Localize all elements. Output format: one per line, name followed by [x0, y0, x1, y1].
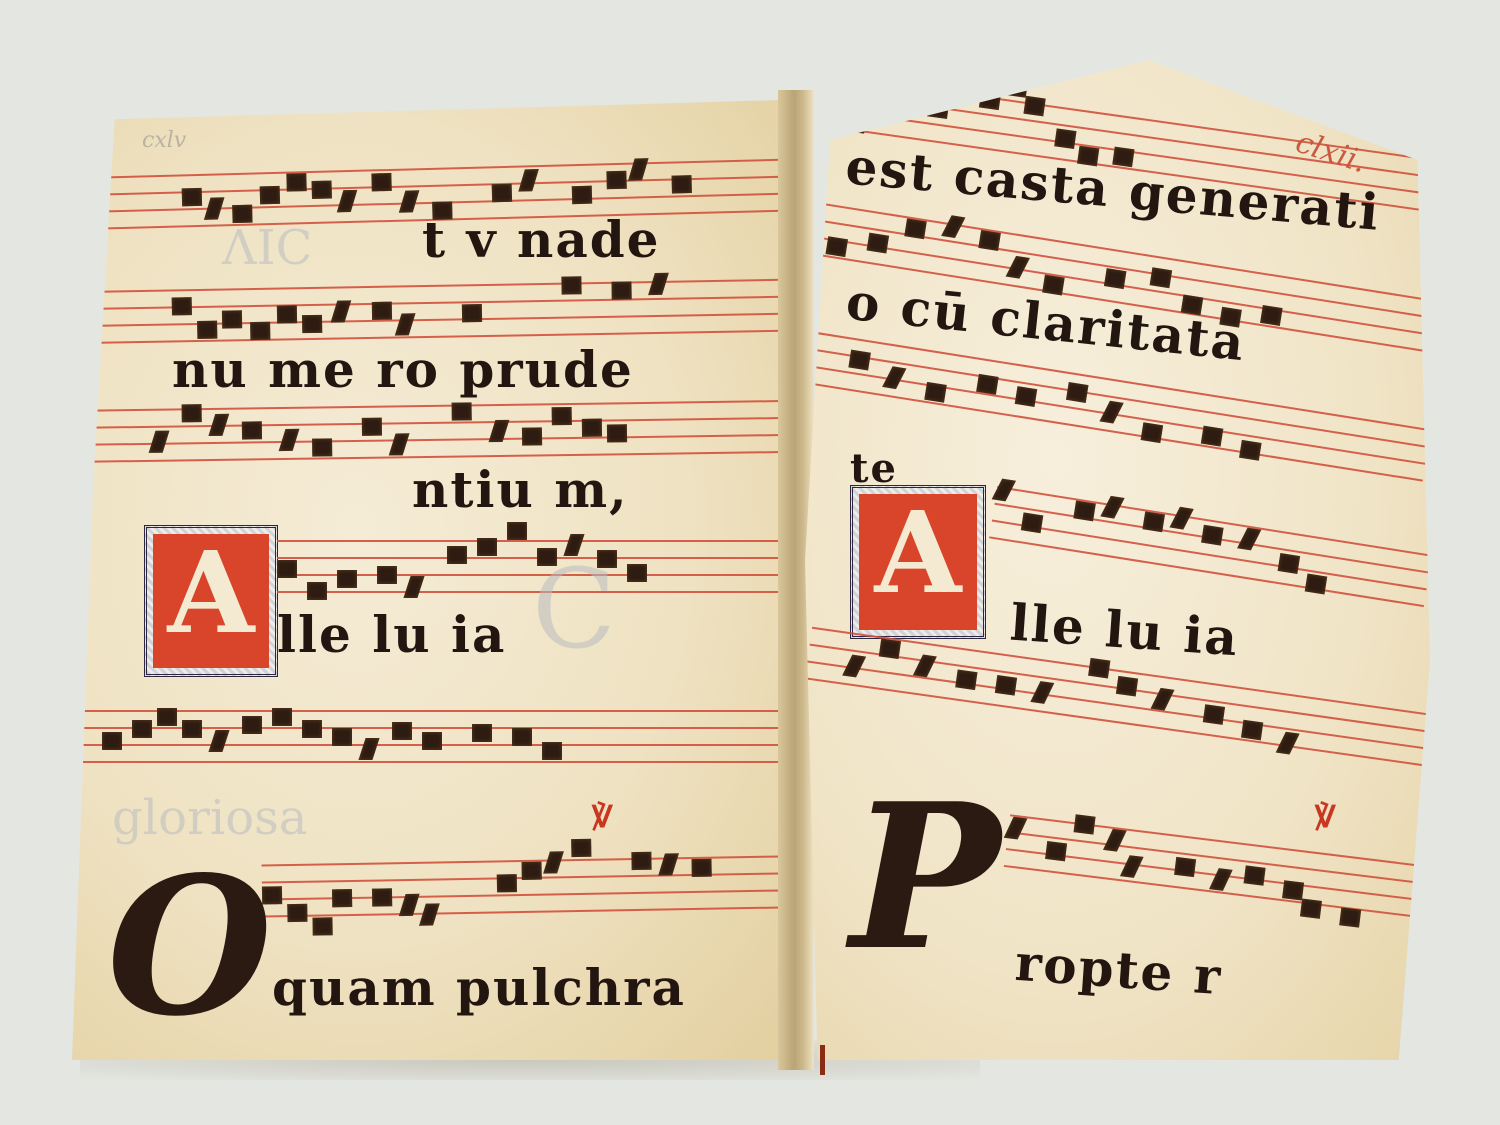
neumes	[72, 702, 782, 772]
lyric-line-5: quam pulchra	[72, 958, 782, 1018]
staff-6	[1003, 814, 1430, 925]
versicle-rubric: ℣	[592, 800, 613, 835]
lyric-line-3: ntiu m,	[72, 460, 782, 520]
neumes	[1003, 806, 1430, 927]
left-page: cxlv t v nade ΛIC	[72, 100, 782, 1060]
neumes	[261, 847, 782, 926]
bleed-through-initial: C	[532, 545, 616, 673]
staff-4	[277, 540, 782, 600]
bleed-through-text: ΛIC	[222, 220, 312, 276]
lyric-line-2: nu me ro prude	[72, 340, 782, 400]
staff-5	[72, 710, 782, 770]
left-folio-mark: cxlv	[142, 128, 186, 153]
neumes	[277, 532, 782, 602]
versicle-rubric: ℣	[1315, 800, 1336, 835]
lyric-line-5: ropte r	[805, 918, 1430, 1021]
right-page: clxii. est casta generati	[805, 60, 1430, 1060]
lyric-line-4: lle lu ia	[72, 605, 782, 665]
red-ribbon-bookmark	[820, 1045, 825, 1075]
lyric-line-1: t v nade	[72, 210, 782, 270]
photograph-scene: cxlv t v nade ΛIC	[0, 0, 1500, 1125]
staff-6	[262, 855, 782, 924]
cadel-initial-o: O	[107, 835, 273, 1058]
